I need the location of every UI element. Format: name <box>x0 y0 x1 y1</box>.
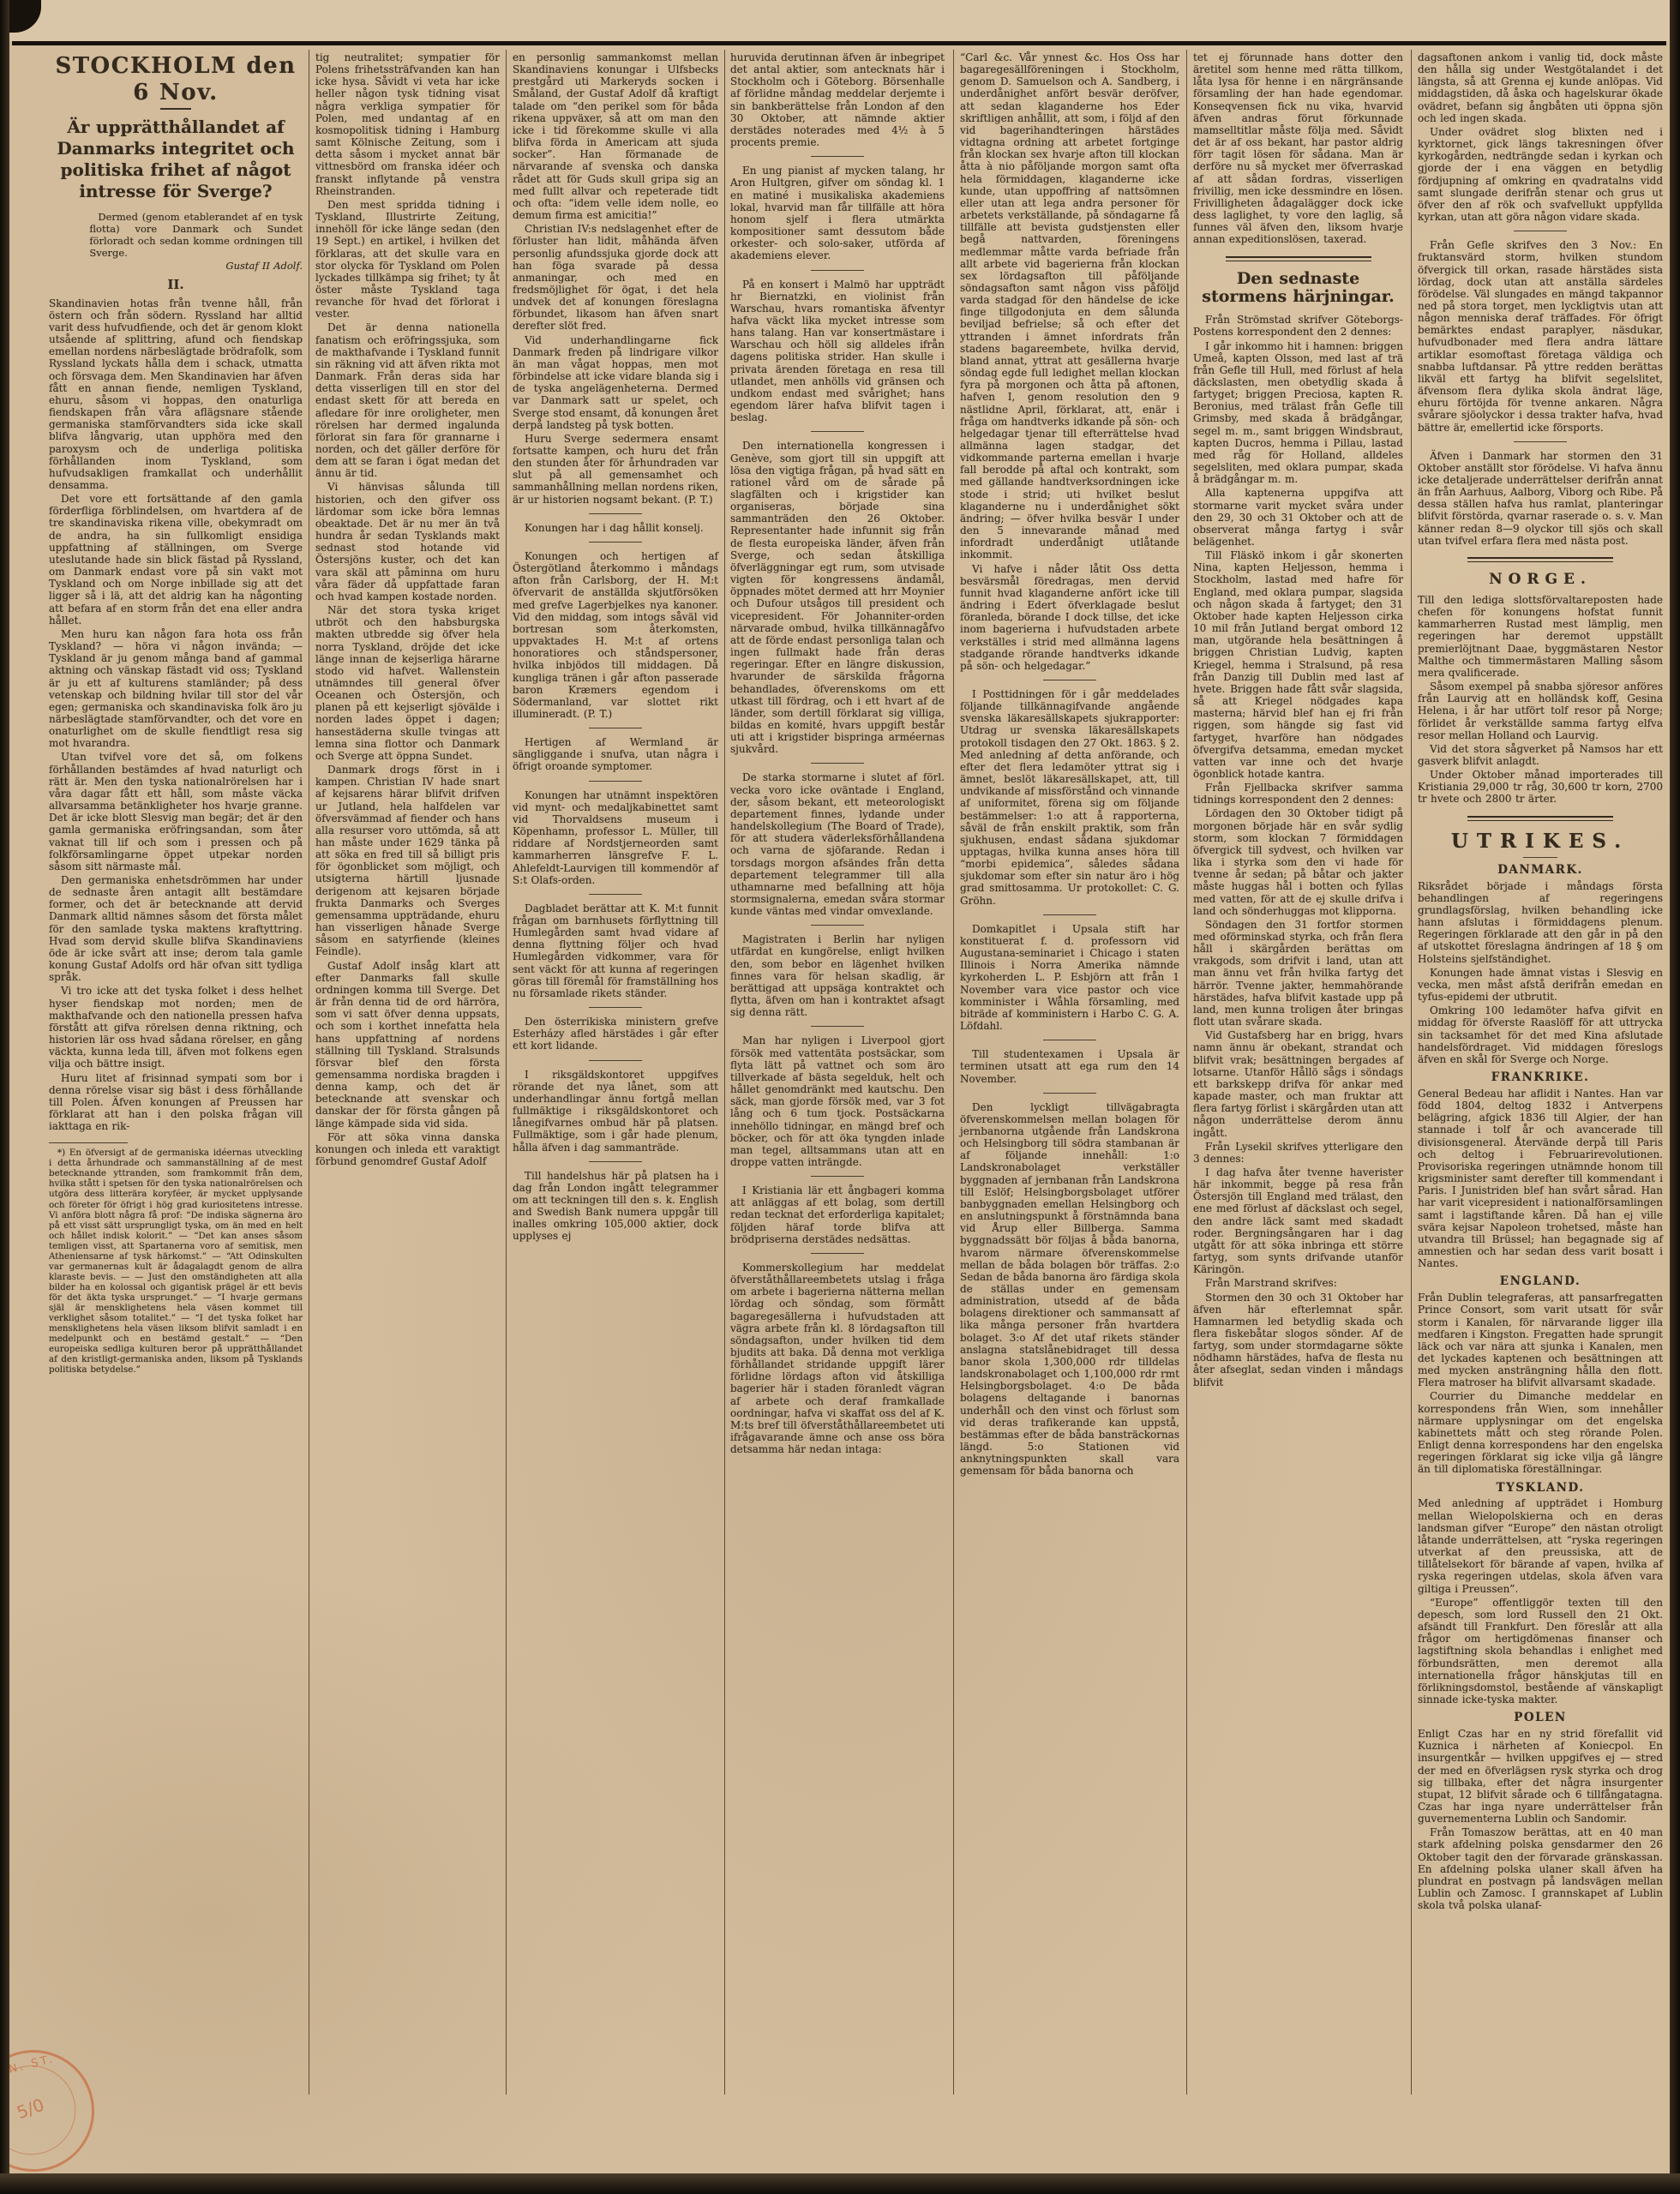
article-text-block: Konungen har utnämnt inspektören vid myn… <box>513 789 718 886</box>
separator-rule <box>811 925 864 926</box>
separator-rule <box>1043 1093 1096 1094</box>
denmark-subsection-title: DANMARK. <box>1418 864 1663 878</box>
article-text-block: Konungen hade ämnat vistas i Slesvig en … <box>1418 967 1663 1003</box>
article-text-block: Enligt Czas har en ny strid förefallit v… <box>1418 1728 1663 1825</box>
article-text-block: Lördagen den 30 Oktober tidigt på morgon… <box>1193 807 1403 916</box>
scan-left-edge <box>0 0 9 2194</box>
separator-rule <box>589 894 642 895</box>
article-text-block: Från Fjellbacka skrifver samma tidnings … <box>1193 782 1403 806</box>
library-stamp: TIDN. ST. 5/0 <box>0 2029 116 2193</box>
separator-drule <box>1467 557 1613 562</box>
article-text-block: Danmark drogs först in i kampen. Christi… <box>315 764 500 958</box>
article-text-block: tig neutralitet; sympatier för Polens fr… <box>315 51 500 197</box>
article-text-block: Under Oktober månad importerades till Kr… <box>1418 769 1663 805</box>
epigraph: Dermed (genom etablerandet af en tysk fl… <box>89 211 303 259</box>
separator-rule <box>1043 1040 1096 1040</box>
article-text-block: Stormen den 30 och 31 Oktober har äfven … <box>1193 1292 1403 1388</box>
england-subsection-title: ENGLAND. <box>1418 1275 1663 1289</box>
separator-rule <box>811 763 864 764</box>
article-text-block: De starka stormarne i slutet af förl. ve… <box>730 771 945 917</box>
article-text-block: Konungen och hertigen af Östergötland åt… <box>513 550 718 720</box>
footnote-rule <box>49 1142 128 1143</box>
separator-small-rule <box>1523 857 1557 858</box>
column-divider-rule <box>1186 50 1187 2095</box>
scan-right-edge <box>1670 0 1680 2194</box>
article-text-block: “Europe” offentliggör texten till den de… <box>1418 1597 1663 1705</box>
column-4: huruvida derutinnan äfven är inbegripet … <box>730 51 945 1457</box>
separator-rule <box>589 781 642 782</box>
separator-rule <box>589 728 642 728</box>
article-text-block: Domkapitlet i Upsala stift har konstitue… <box>960 923 1179 1032</box>
article-text-block: Huru Sverge sedermera ensamt fortsatte k… <box>513 433 718 506</box>
article-text-block: Vid underhandlingarne fick Danmark frede… <box>513 334 718 431</box>
separator-rule <box>811 156 864 157</box>
article-text-block: Från Gefle skrifves den 3 Nov.: En frukt… <box>1418 239 1663 434</box>
article-text-block: Man har nyligen i Liverpool gjort försök… <box>730 1034 945 1168</box>
column-divider-rule <box>506 50 507 2095</box>
separator-rule <box>589 1060 642 1061</box>
article-text-block: Dagbladet berättar att K. M:t funnit frå… <box>513 902 718 999</box>
article-text-block: Den internationella kongressen i Genève,… <box>730 440 945 755</box>
article-text-block: “Carl &c. Vår ynnest &c. Hos Oss har bag… <box>960 51 1179 561</box>
epigraph-attribution: Gustaf II Adolf. <box>99 261 303 273</box>
article-text-block: Den germaniska enhetsdrömmen har under d… <box>49 874 303 983</box>
article-text-block: dagsaftonen ankom i vanlig tid, dock mås… <box>1418 51 1663 124</box>
article-text-block: Kommerskollegium har meddelat öfverståth… <box>730 1262 945 1456</box>
article-text-block: I riksgäldskontoret uppgifves rörande de… <box>513 1069 718 1154</box>
separator-drule <box>1467 816 1613 821</box>
separator-rule <box>589 1161 642 1162</box>
article-text-block: Det är denna nationella fanatism och erö… <box>315 321 500 479</box>
article-text-block: en personlig sammankomst mellan Skandina… <box>513 51 718 221</box>
article-text-block: Huru litet af frisinnad sympati som bor … <box>49 1072 303 1133</box>
article-text-block: Courrier du Dimanche meddelar en korresp… <box>1418 1390 1663 1475</box>
article-text-block: Omkring 100 ledamöter hafva gifvit en mi… <box>1418 1004 1663 1065</box>
column-divider-rule <box>724 50 725 2095</box>
separator-rule <box>589 542 642 543</box>
article-text-block: tet ej förunnade hans dotter den äretite… <box>1193 51 1403 246</box>
article-text-block: Vi hänvisas sålunda till historien, och … <box>315 481 500 602</box>
article-text-block: Vi tro icke att det tyska folket i dess … <box>49 985 303 1070</box>
column-divider-rule <box>953 50 954 2095</box>
column-divider-rule <box>309 50 309 2095</box>
article-text-block: I går inkommo hit i hamnen: briggen Umeå… <box>1193 340 1403 486</box>
lead-article-title: Är upprätthållandet af Danmarks integrit… <box>49 117 303 202</box>
article-text-block: Vid Gustafsberg har en brigg, hvars namn… <box>1193 1029 1403 1138</box>
article-text-block: Med anledning af uppträdet i Homburg mel… <box>1418 1497 1663 1594</box>
dateline: STOCKHOLM den 6 Nov. <box>49 53 303 105</box>
norway-section-title: NORGE. <box>1418 571 1663 588</box>
article-text-block: En ung pianist af mycken talang, hr Aron… <box>730 165 945 261</box>
germany-subsection-title: TYSKLAND. <box>1418 1482 1663 1496</box>
separator-rule <box>589 1007 642 1008</box>
scan-bottom-edge <box>0 2173 1680 2194</box>
column-5: “Carl &c. Vår ynnest &c. Hos Oss har bag… <box>960 51 1179 1479</box>
column-3: en personlig sammankomst mellan Skandina… <box>513 51 718 1244</box>
article-text-block: När det stora tyska kriget utbröt och de… <box>315 604 500 762</box>
separator-rule <box>1043 680 1096 680</box>
article-text-block: Den mest spridda tidning i Tyskland, Ill… <box>315 199 500 321</box>
article-text-block: Till Fläskö inkom i går skonerten Nina, … <box>1193 549 1403 780</box>
article-text-block: Vi hafve i nåder låtit Oss detta besvärs… <box>960 563 1179 672</box>
article-text-block: Men huru kan någon fara hota oss från Ty… <box>49 628 303 750</box>
separator-rule <box>811 1253 864 1254</box>
article-text-block: Till handelshus här på platsen ha i dag … <box>513 1170 718 1243</box>
article-text-block: Christian IV:s nedslagenhet efter de för… <box>513 223 718 332</box>
article-text-block: Från Tomaszow berättas, att en 40 man st… <box>1418 1826 1663 1911</box>
column-2: tig neutralitet; sympatier för Polens fr… <box>315 51 500 1169</box>
article-text-block: Det vore ett fortsättande af den gamla f… <box>49 493 303 626</box>
article-text-block: I dag hafva åter tvenne haverister här i… <box>1193 1166 1403 1275</box>
article-text-block: Alla kaptenerna uppgifva att stormarne v… <box>1193 487 1403 548</box>
masthead-rule <box>12 41 1666 45</box>
separator-rule <box>1514 231 1567 231</box>
article-text-block: På en konsert i Malmö har uppträdt hr Bi… <box>730 279 945 424</box>
article-text-block: Utan tvifvel vore det så, om folkens för… <box>49 751 303 872</box>
article-text-block: För att söka vinna danska konungen och i… <box>315 1131 500 1167</box>
footnote: *) En öfversigt af de germaniska idéerna… <box>49 1148 303 1375</box>
article-text-block: Såsom exempel på snabba sjöresor anföres… <box>1418 680 1663 741</box>
article-text-block: Från Lysekil skrifves ytterligare den 3 … <box>1193 1141 1403 1165</box>
article-text-block: Magistraten i Berlin har nyligen utfärda… <box>730 933 945 1018</box>
article-text-block: Från Strömstad skrifver Göteborgs-Posten… <box>1193 314 1403 338</box>
dateline-rule <box>160 108 191 110</box>
article-text-block: I Posttidningen för i går meddelades föl… <box>960 688 1179 907</box>
article-text-block: Till studentexamen i Upsala är terminen … <box>960 1048 1179 1084</box>
separator-rule <box>589 513 642 514</box>
article-text-block: Den österrikiska ministern grefve Esterh… <box>513 1016 718 1052</box>
column-7: dagsaftonen ankom i vanlig tid, dock mås… <box>1418 51 1663 1913</box>
article-text-block: Konungen har i dag hållit konselj. <box>513 522 718 534</box>
article-text-block: Från Dublin telegraferas, att pansarfreg… <box>1418 1292 1663 1388</box>
article-text-block: Söndagen den 31 fortfor stormen med oför… <box>1193 919 1403 1028</box>
separator-drule <box>1226 256 1371 261</box>
separator-rule <box>1514 441 1567 442</box>
poland-subsection-title: POLEN <box>1418 1711 1663 1725</box>
article-text-block: huruvida derutinnan äfven är inbegripet … <box>730 51 945 148</box>
separator-rule <box>811 431 864 432</box>
article-text-block: Under ovädret slog blixten ned i kyrktor… <box>1418 126 1663 223</box>
separator-rule <box>811 1026 864 1027</box>
column-1: STOCKHOLM den 6 Nov.Är upprätthållandet … <box>49 51 303 1376</box>
article-text-block: Vid det stora sågverket på Namsos har et… <box>1418 743 1663 767</box>
page-top-margin <box>9 0 1673 41</box>
article-text-block: Hertigen af Wermland är sängliggande i s… <box>513 736 718 772</box>
article-text-block: Från Marstrand skrifves: <box>1193 1277 1403 1289</box>
section-numeral: II. <box>49 278 303 293</box>
column-6: tet ej förunnade hans dotter den äretite… <box>1193 51 1403 1390</box>
separator-rule <box>811 270 864 271</box>
separator-rule <box>1043 914 1096 915</box>
article-text-block: Gustaf Adolf insåg klart att efter Danma… <box>315 960 500 1130</box>
storm-section-title: Den sednaste stormens härjningar. <box>1193 270 1403 308</box>
column-divider-rule <box>1411 50 1412 2095</box>
separator-rule <box>811 1176 864 1177</box>
article-text-block: Riksrådet började i måndags första behan… <box>1418 880 1663 965</box>
article-text-block: Den lyckligt tillvägabragta öfverenskomm… <box>960 1101 1179 1478</box>
newspaper-page: STOCKHOLM den 6 Nov.Är upprätthållandet … <box>9 0 1673 2181</box>
foreign-section-title: UTRIKES. <box>1418 830 1663 853</box>
article-text-block: Skandinavien hotas från tvenne håll, frå… <box>49 297 303 492</box>
article-text-block: General Bedeau har aflidit i Nantes. Han… <box>1418 1088 1663 1269</box>
article-text-block: Till den lediga slottsförvaltareposten h… <box>1418 594 1663 679</box>
article-text-block: I Kristiania lär ett ångbageri komma att… <box>730 1184 945 1245</box>
france-subsection-title: FRANKRIKE. <box>1418 1071 1663 1085</box>
article-text-block: Äfven i Danmark har stormen den 31 Oktob… <box>1418 450 1663 547</box>
